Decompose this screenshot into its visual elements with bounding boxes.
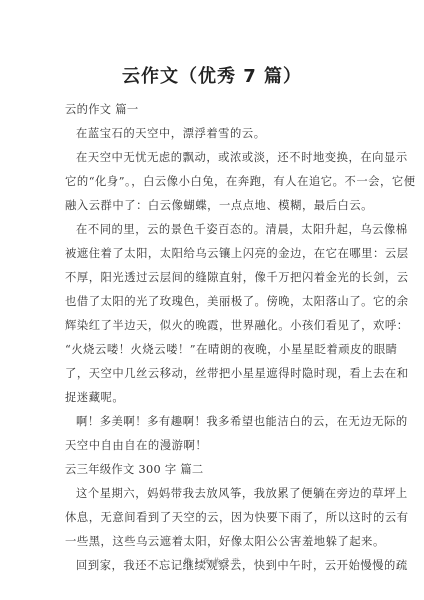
paragraph-line: 在天空中无忧无虑的飘动，或浓或淡，还不时地变换，在向显示 xyxy=(65,146,361,170)
document-page: 云作文（优秀 7 篇） 云的作文 篇一 在蓝宝石的天空中，漂浮着雪的云。 在天空… xyxy=(0,0,424,600)
paragraph-line: 啊！多美啊！多有趣啊！我多希望也能洁白的云，在无边无际的 xyxy=(65,410,361,434)
paragraph-line: 在不同的里，云的景色千姿百态的。清晨，太阳升起，乌云像棉 xyxy=(65,218,361,242)
paragraph-line: 了，天空中几丝云移动，丝带把小星星遮得时隐时现，看上去在和 xyxy=(65,362,361,386)
document-body: 云的作文 篇一 在蓝宝石的天空中，漂浮着雪的云。 在天空中无忧无虑的飘动，或浓或… xyxy=(65,98,361,578)
paragraph-line: 也借了太阳的光了玫瑰色，美丽极了。傍晚，太阳落山了。它的余 xyxy=(65,290,361,314)
paragraph-line: 这个星期六，妈妈带我去放风筝，我放累了便躺在旁边的草坪上 xyxy=(65,482,361,506)
paragraph-line: 在蓝宝石的天空中，漂浮着雪的云。 xyxy=(65,122,361,146)
document-title: 云作文（优秀 7 篇） xyxy=(0,64,424,90)
section-heading: 云的作文 篇一 xyxy=(65,98,361,122)
paragraph-line: 被遮住着了太阳，太阳给乌云镶上闪亮的金边，在它在哪里：云层 xyxy=(65,242,361,266)
page-number-footer: 第 1 页 共 7 页 xyxy=(0,556,424,565)
paragraph-line: 融入云群中了：白云像蝴蝶，一点点地、模糊，最后白云。 xyxy=(65,194,361,218)
paragraph-line: 一些黑，这些乌云遮着太阳，好像太阳公公害羞地躲了起来。 xyxy=(65,530,361,554)
section-heading: 云三年级作文 300 字 篇二 xyxy=(65,458,361,482)
paragraph-line: “火烧云喽！火烧云喽！”在晴朗的夜晚，小星星眨着顽皮的眼睛 xyxy=(65,338,361,362)
paragraph-line: 天空中自由自在的漫游啊！ xyxy=(65,434,361,458)
paragraph-line: 捉迷藏呢。 xyxy=(65,386,361,410)
paragraph-line: 不厚，阳光透过云层间的缝隙直射，像千万把闪着金光的长剑，云 xyxy=(65,266,361,290)
paragraph-line: 它的“化身”。，白云像小白兔，在奔跑，有人在追它。不一会，它便 xyxy=(65,170,361,194)
paragraph-line: 辉染红了半边天，似火的晚霞，世界融化。小孩们看见了，欢呼： xyxy=(65,314,361,338)
paragraph-line: 休息，无意间看到了天空的云，因为快要下雨了，所以这时的云有 xyxy=(65,506,361,530)
